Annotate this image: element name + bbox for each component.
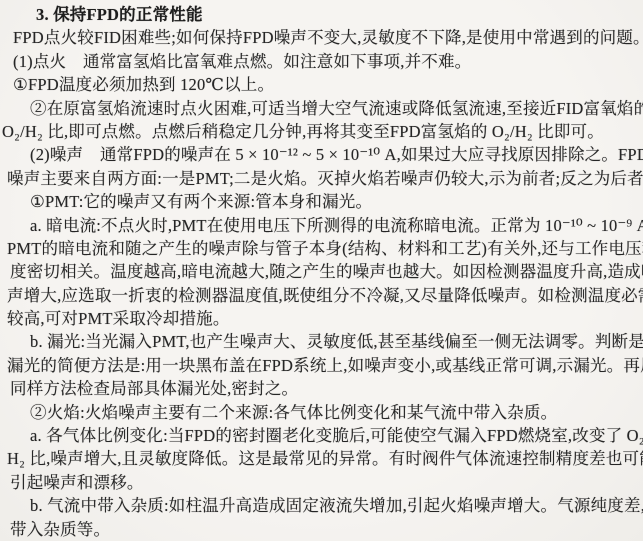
text-line: ②在原富氢焰流速时点火困难,可适当增大空气流速或降低氢流速,至接近FID富氧焰的 [0,97,643,120]
text-line: (1)点火 通常富氢焰比富氧难点燃。如注意如下事项,并不难。 [0,50,643,73]
text-line: b. 气流中带入杂质:如柱温升高造成固定液流失增加,引起火焰噪声增大。气源纯度差… [0,494,643,517]
text-line: FPD点火较FID困难些;如何保持FPD噪声不变大,灵敏度不下降,是使用中常遇到… [0,26,643,49]
text-line: H₂ 比,噪声增大,且灵敏度降低。这是最常见的异常。有时阀件气体流速控制精度差也… [0,447,643,470]
text-line: ①PMT:它的噪声又有两个来源:管本身和漏光。 [0,190,643,213]
text-line: 带入杂质等。 [0,518,643,541]
text-line: 噪声主要来自两方面:一是PMT;二是火焰。灭掉火焰若噪声仍较大,示为前者;反之为… [0,167,643,190]
text-line: 较高,可对PMT采取冷却措施。 [0,307,643,330]
text-line: b. 漏光:当光漏入PMT,也产生噪声大、灵敏度低,甚至基线偏至一侧无法调零。判… [0,330,643,353]
text-line: ①FPD温度必须加热到 120℃以上。 [0,73,643,96]
text-line: 漏光的简便方法是:用一块黑布盖在FPD系统上,如噪声变小,或基线正常可调,示漏光… [0,354,643,377]
text-line: 度密切相关。温度越高,暗电流越大,随之产生的噪声也越大。如因检测器温度升高,造成… [0,260,643,283]
text-line: a. 暗电流:不点火时,PMT在使用电压下所测得的电流称暗电流。正常为 10⁻¹… [0,214,643,237]
text-line: (2)噪声 通常FPD的噪声在 5 × 10⁻¹² ~ 5 × 10⁻¹⁰ A,… [0,143,643,166]
text-line: 声增大,应选取一折衷的检测器温度值,既使组分不冷凝,又尽量降低噪声。如检测温度必… [0,284,643,307]
text-line: 引起噪声和漂移。 [0,471,643,494]
document-page: 3. 保持FPD的正常性能 FPD点火较FID困难些;如何保持FPD噪声不变大,… [0,0,643,541]
section-heading: 3. 保持FPD的正常性能 [0,3,643,26]
text-line: O₂/H₂ 比,即可点燃。点燃后稍稳定几分钟,再将其变至FPD富氢焰的 O₂/H… [0,120,643,143]
text-line: ②火焰:火焰噪声主要有二个来源:各气体比例变化和某气流中带入杂质。 [0,401,643,424]
text-line: 同样方法检查局部具体漏光处,密封之。 [0,377,643,400]
text-line: PMT的暗电流和随之产生的噪声除与管子本身(结构、材料和工艺)有关外,还与工作电… [0,237,643,260]
text-line: a. 各气体比例变化:当FPD的密封圈老化变脆后,可能使空气漏入FPD燃烧室,改… [0,424,643,447]
